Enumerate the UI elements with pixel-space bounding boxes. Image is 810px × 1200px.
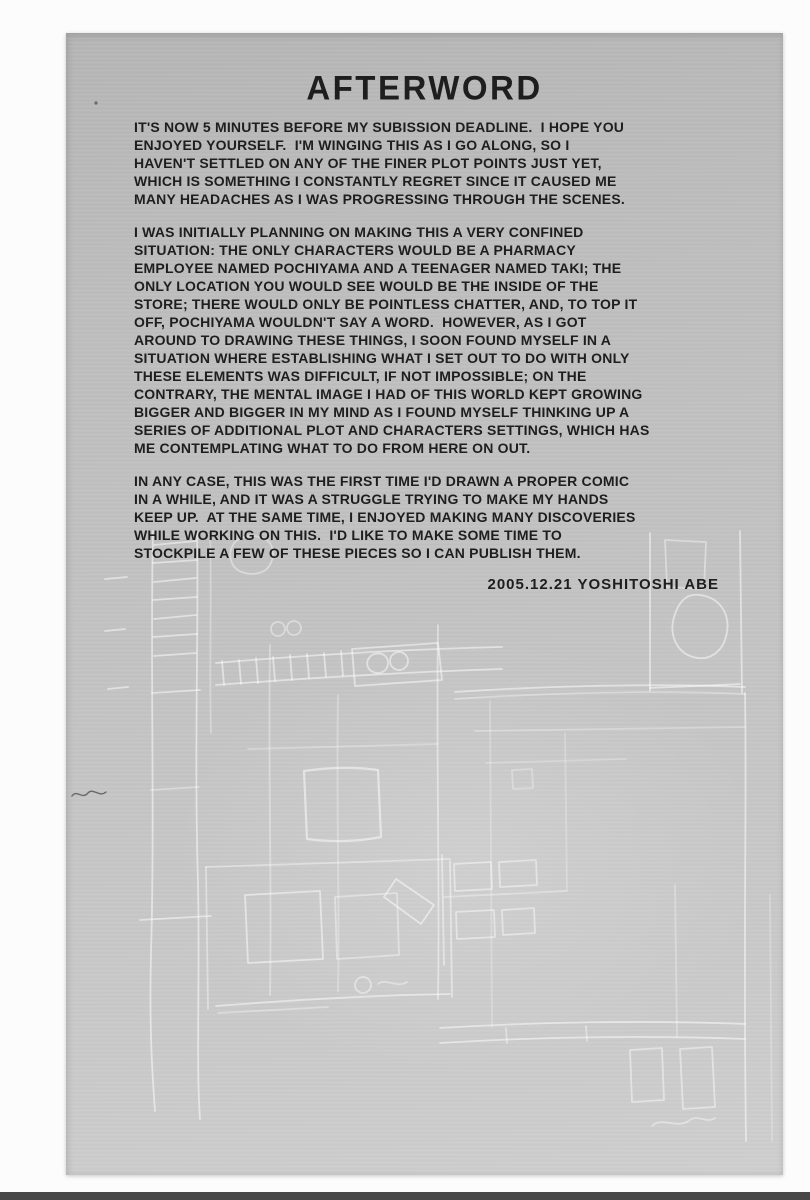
text-line: IN ANY CASE, THIS WAS THE FIRST TIME I'D…: [134, 472, 755, 490]
afterword-content: AFTERWORD IT'S NOW 5 MINUTES BEFORE MY S…: [66, 71, 783, 593]
paragraph: IT'S NOW 5 MINUTES BEFORE MY SUBISSION D…: [134, 118, 755, 208]
text-line: I WAS INITIALLY PLANNING ON MAKING THIS …: [134, 223, 755, 241]
text-line: MANY HEADACHES AS I WAS PROGRESSING THRO…: [134, 190, 755, 208]
pencil-squiggle-mark: [72, 791, 106, 796]
text-line: STORE; THERE WOULD ONLY BE POINTLESS CHA…: [134, 295, 755, 313]
text-line: ONLY LOCATION YOU WOULD SEE WOULD BE THE…: [134, 277, 755, 295]
signature-line: 2005.12.21 YOSHITOSHI ABE: [66, 576, 783, 593]
text-line: WHICH IS SOMETHING I CONSTANTLY REGRET S…: [134, 172, 755, 190]
paper-sheet: AFTERWORD IT'S NOW 5 MINUTES BEFORE MY S…: [66, 33, 783, 1175]
text-line: CONTRARY, THE MENTAL IMAGE I HAD OF THIS…: [134, 385, 755, 403]
text-line: SITUATION: THE ONLY CHARACTERS WOULD BE …: [134, 241, 755, 259]
text-line: OFF, POCHIYAMA WOULDN'T SAY A WORD. HOWE…: [134, 313, 755, 331]
text-line: WHILE WORKING ON THIS. I'D LIKE TO MAKE …: [134, 526, 755, 544]
text-line: SITUATION WHERE ESTABLISHING WHAT I SET …: [134, 349, 755, 367]
text-line: ENJOYED YOURSELF. I'M WINGING THIS AS I …: [134, 136, 755, 154]
text-line: HAVEN'T SETTLED ON ANY OF THE FINER PLOT…: [134, 154, 755, 172]
text-line: STOCKPILE A FEW OF THESE PIECES SO I CAN…: [134, 544, 755, 562]
text-line: IN A WHILE, AND IT WAS A STRUGGLE TRYING…: [134, 490, 755, 508]
text-line: KEEP UP. AT THE SAME TIME, I ENJOYED MAK…: [134, 508, 755, 526]
text-line: ME CONTEMPLATING WHAT TO DO FROM HERE ON…: [134, 439, 755, 457]
paragraph: IN ANY CASE, THIS WAS THE FIRST TIME I'D…: [134, 472, 755, 562]
scan-edge-bar: [0, 1192, 810, 1200]
page-title: AFTERWORD: [66, 70, 783, 105]
text-line: BIGGER AND BIGGER IN MY MIND AS I FOUND …: [134, 403, 755, 421]
text-line: SERIES OF ADDITIONAL PLOT AND CHARACTERS…: [134, 421, 755, 439]
afterword-body: IT'S NOW 5 MINUTES BEFORE MY SUBISSION D…: [66, 118, 783, 562]
paragraph: I WAS INITIALLY PLANNING ON MAKING THIS …: [134, 223, 755, 457]
scanned-page: AFTERWORD IT'S NOW 5 MINUTES BEFORE MY S…: [0, 0, 810, 1200]
text-line: EMPLOYEE NAMED POCHIYAMA AND A TEENAGER …: [134, 259, 755, 277]
text-line: IT'S NOW 5 MINUTES BEFORE MY SUBISSION D…: [134, 118, 755, 136]
text-line: AROUND TO DRAWING THESE THINGS, I SOON F…: [134, 331, 755, 349]
text-line: THESE ELEMENTS WAS DIFFICULT, IF NOT IMP…: [134, 367, 755, 385]
